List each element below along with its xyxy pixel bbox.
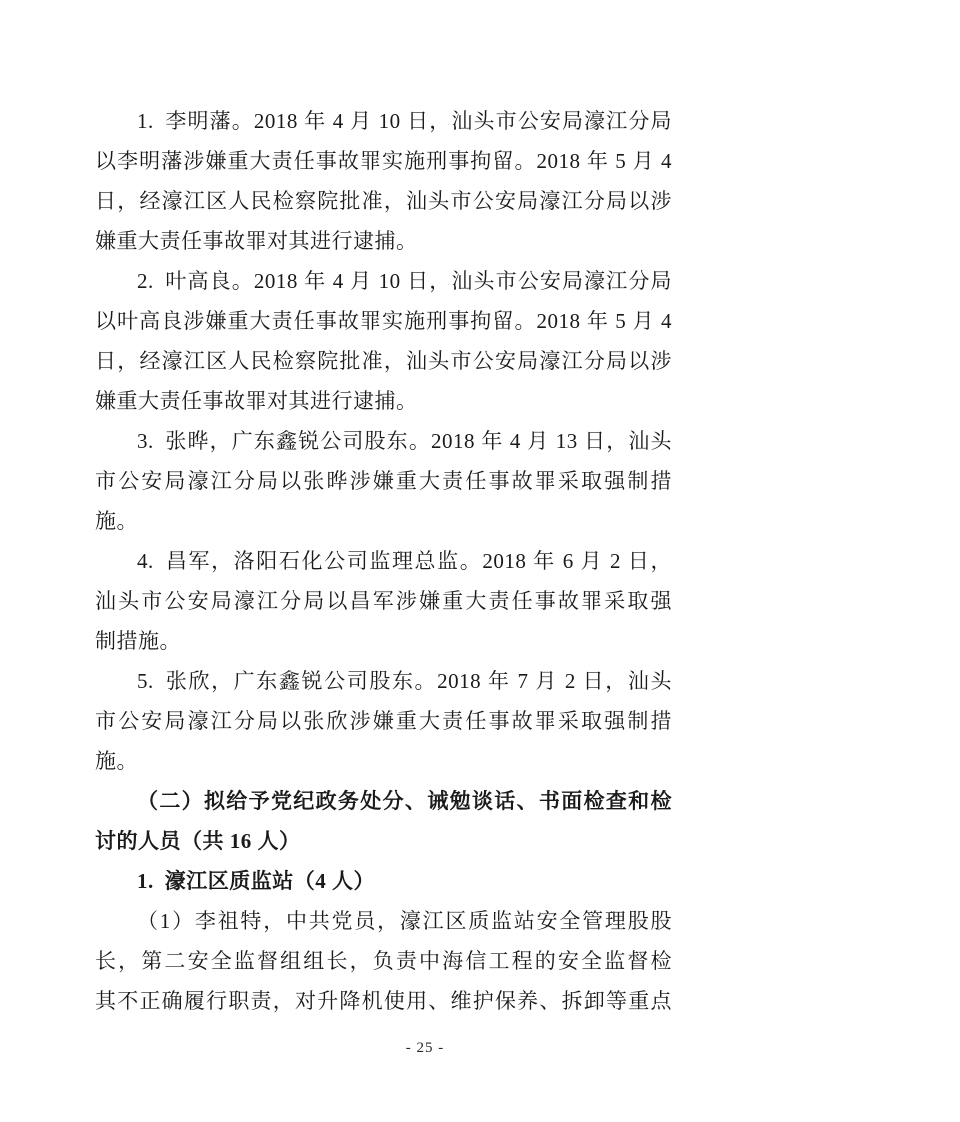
text-line: 嫌重大责任事故罪对其进行逮捕。	[95, 221, 672, 261]
text-line: 讨的人员（共 16 人）	[95, 821, 672, 861]
document-body: 1. 李明藩。2018 年 4 月 10 日，汕头市公安局濠江分局以李明藩涉嫌重…	[95, 101, 672, 1021]
text-line: 汕头市公安局濠江分局以昌军涉嫌重大责任事故罪采取强	[95, 581, 672, 621]
text-line: 嫌重大责任事故罪对其进行逮捕。	[95, 381, 672, 421]
text-line: 长，第二安全监督组组长，负责中海信工程的安全监督检查。	[95, 941, 672, 981]
document-page: 1. 李明藩。2018 年 4 月 10 日，汕头市公安局濠江分局以李明藩涉嫌重…	[0, 0, 960, 1122]
text-line: 1. 濠江区质监站（4 人）	[95, 861, 672, 901]
page-number-footer: - 25 -	[377, 1036, 473, 1060]
text-line: 5. 张欣，广东鑫锐公司股东。2018 年 7 月 2 日，汕头	[95, 661, 672, 701]
text-line: 3. 张晔，广东鑫锐公司股东。2018 年 4 月 13 日，汕头	[95, 421, 672, 461]
text-line: （二）拟给予党纪政务处分、诫勉谈话、书面检查和检	[95, 781, 672, 821]
text-line: 施。	[95, 501, 672, 541]
text-line: 以叶高良涉嫌重大责任事故罪实施刑事拘留。2018 年 5 月 4	[95, 301, 672, 341]
text-line: 日，经濠江区人民检察院批准，汕头市公安局濠江分局以涉	[95, 181, 672, 221]
text-line: （1）李祖特，中共党员，濠江区质监站安全管理股股	[95, 901, 672, 941]
text-line: 以李明藩涉嫌重大责任事故罪实施刑事拘留。2018 年 5 月 4	[95, 141, 672, 181]
text-line: 市公安局濠江分局以张欣涉嫌重大责任事故罪采取强制措	[95, 701, 672, 741]
text-line: 市公安局濠江分局以张晔涉嫌重大责任事故罪采取强制措	[95, 461, 672, 501]
text-line: 其不正确履行职责，对升降机使用、维护保养、拆卸等重点	[95, 981, 672, 1021]
text-line: 制措施。	[95, 621, 672, 661]
text-line: 4. 昌军，洛阳石化公司监理总监。2018 年 6 月 2 日，	[95, 541, 672, 581]
text-line: 2. 叶高良。2018 年 4 月 10 日，汕头市公安局濠江分局	[95, 261, 672, 301]
text-line: 1. 李明藩。2018 年 4 月 10 日，汕头市公安局濠江分局	[95, 101, 672, 141]
text-line: 施。	[95, 741, 672, 781]
text-line: 日，经濠江区人民检察院批准，汕头市公安局濠江分局以涉	[95, 341, 672, 381]
